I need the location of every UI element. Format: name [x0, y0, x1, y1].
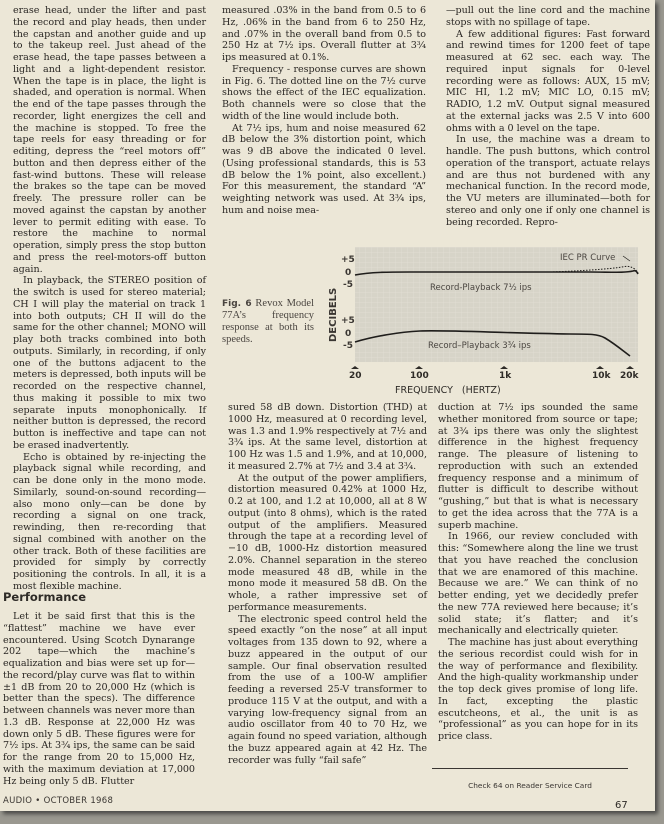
divider — [432, 768, 628, 769]
column-2-bottom: sured 58 dB down. Distortion (THD) at 10… — [228, 402, 427, 766]
column-3-bottom: duction at 7½ ips sounded the same wheth… — [438, 402, 638, 743]
frequency-response-chart: +5 0 -5 +5 0 -5 DECIBELS IEC PR Curve Re… — [300, 238, 645, 398]
x-tick: 100 — [410, 371, 429, 381]
paragraph: sured 58 dB down. Distortion (THD) at 10… — [228, 402, 427, 473]
annotation-iec: IEC PR Curve — [560, 253, 615, 263]
paragraph: In use, the machine was a dream to handl… — [446, 134, 650, 228]
paragraph: measured .03% in the band from 0.5 to 6 … — [222, 5, 426, 64]
paragraph: Frequency - response curves are shown in… — [222, 64, 426, 123]
paragraph: The machine has just about everything th… — [438, 637, 638, 743]
annotation-3-75: Record–Playback 3¾ ips — [428, 341, 531, 351]
x-tick: 20 — [349, 371, 362, 381]
y-tick: -5 — [343, 341, 353, 351]
magazine-page: erase head, under the lifter and past th… — [0, 0, 655, 811]
paragraph: At the output of the power amplifiers, d… — [228, 473, 427, 614]
section-heading: Performance — [3, 590, 86, 604]
y-tick: -5 — [343, 280, 353, 290]
y-axis-label: DECIBELS — [328, 288, 339, 342]
column-3-top: —pull out the line cord and the machine … — [446, 5, 650, 228]
y-tick: +5 — [341, 316, 355, 326]
paragraph: In playback, the STEREO position of the … — [13, 275, 206, 451]
column-2-top: measured .03% in the band from 0.5 to 6 … — [222, 5, 426, 217]
x-tick: 1k — [499, 371, 512, 381]
column-1-performance: Let it be said first that this is the “f… — [3, 611, 195, 787]
paragraph: —pull out the line cord and the machine … — [446, 5, 650, 29]
paragraph: A few additional figures: Fast forward a… — [446, 29, 650, 135]
page-number: 67 — [615, 800, 628, 811]
y-tick: 0 — [345, 268, 351, 278]
paragraph: erase head, under the lifter and past th… — [13, 5, 206, 275]
paragraph: duction at 7½ ips sounded the same wheth… — [438, 402, 638, 531]
x-tick: 10k — [592, 371, 612, 381]
y-tick: 0 — [345, 329, 351, 339]
figure-label: Fig. 6 — [222, 299, 252, 309]
y-tick: +5 — [341, 255, 355, 265]
paragraph: Echo is obtained by re-injecting the pla… — [13, 452, 206, 593]
x-axis-label: FREQUENCY (HERTZ) — [395, 385, 501, 396]
paragraph: Let it be said first that this is the “f… — [3, 611, 195, 787]
column-1-top: erase head, under the lifter and past th… — [13, 5, 206, 593]
annotation-7-5: Record-Playback 7½ ips — [430, 283, 532, 293]
paragraph: In 1966, our review concluded with this:… — [438, 531, 638, 637]
paragraph: At 7½ ips, hum and noise measured 62 dB … — [222, 123, 426, 217]
footer-issue: AUDIO • OCTOBER 1968 — [3, 796, 113, 806]
paragraph: The electronic speed control held the sp… — [228, 614, 427, 767]
x-tick: 20k — [620, 371, 640, 381]
reader-service-note: Check 64 on Reader Service Card — [430, 781, 630, 790]
